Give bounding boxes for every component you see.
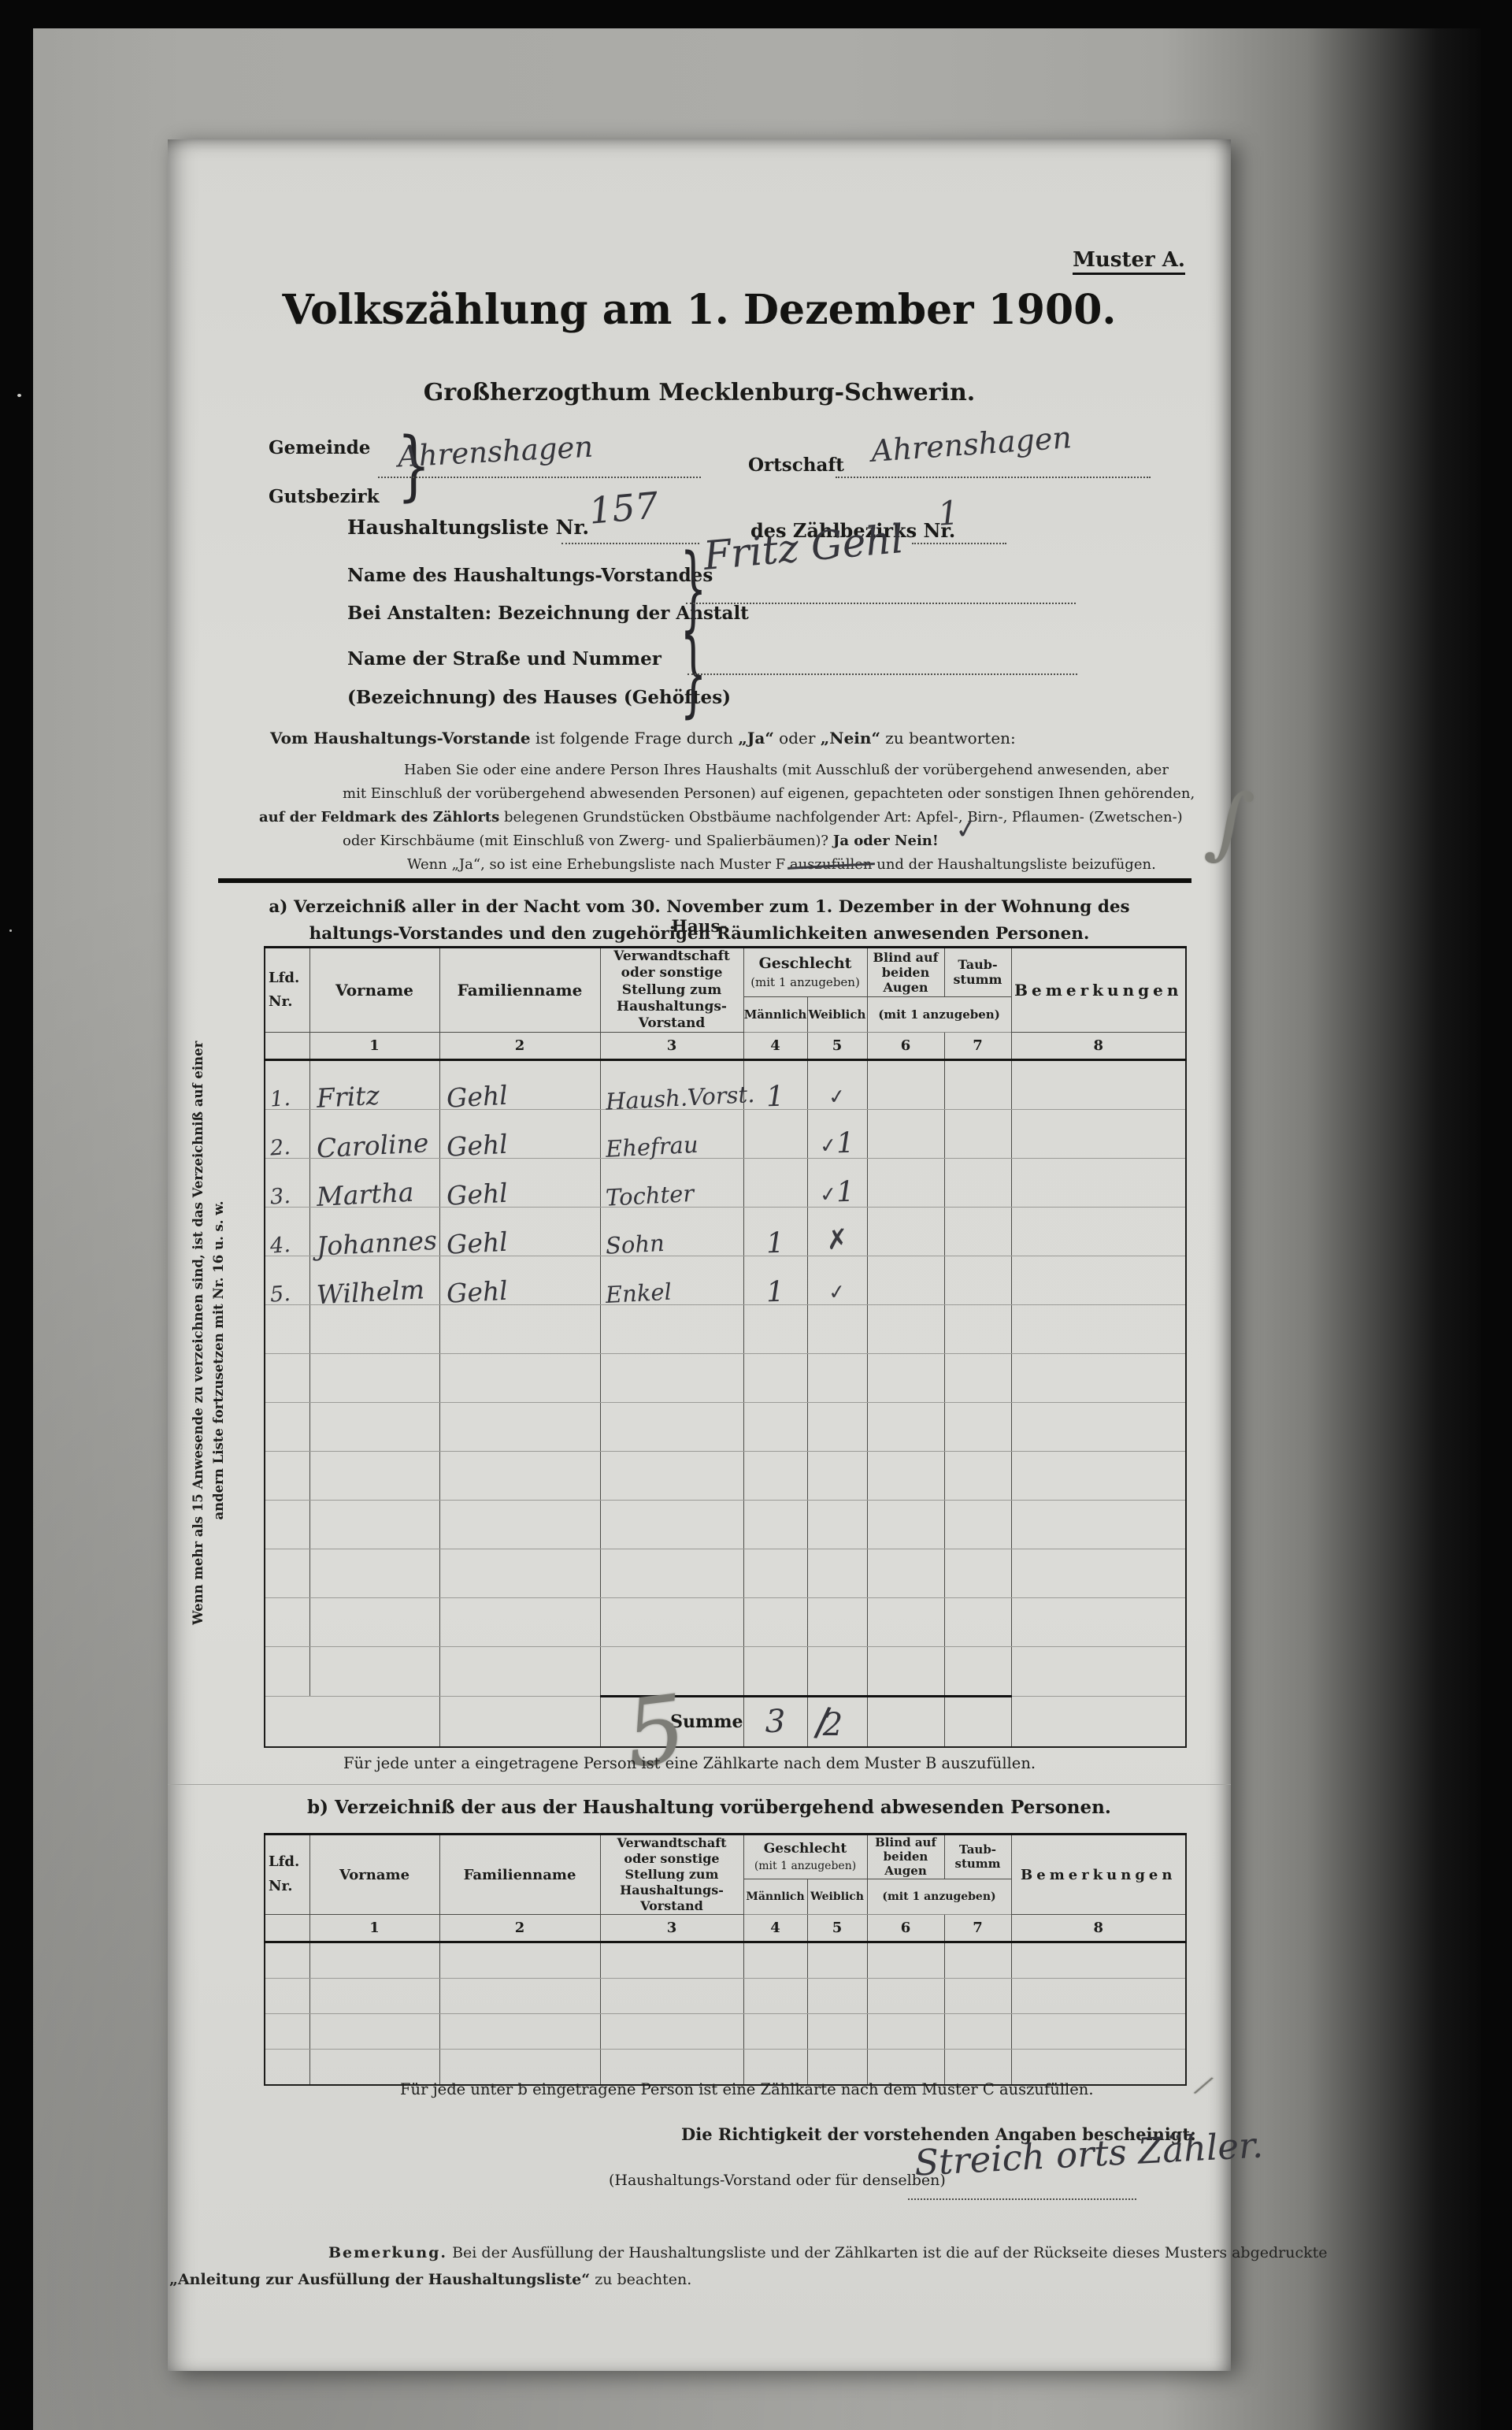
page-subtitle: Großherzogthum Mecklenburg-Schwerin. xyxy=(168,379,1231,406)
table-a-wrapper: Lfd.Nr. Vorname Familienname Verwandtsch… xyxy=(264,946,1187,1748)
col-header-anzugeben: (mit 1 anzugeben) xyxy=(867,1879,1011,1914)
bemerkung-line2: „Anleitung zur Ausfüllung der Haushaltun… xyxy=(169,2271,691,2288)
ortschaft-line xyxy=(836,477,1151,478)
ortschaft-value-handwriting: Ahrenshagen xyxy=(870,425,1072,463)
col-header-lfd-nr: Lfd.Nr. xyxy=(265,1835,309,1915)
question-line6: Wenn „Ja“, so ist eine Erhebungsliste na… xyxy=(407,856,1156,873)
column-number-row: 12 34 56 78 xyxy=(265,1033,1186,1060)
brace: } xyxy=(680,626,707,719)
zaehlbezirk-line xyxy=(912,543,1006,544)
muster-a-stamp: Muster A. xyxy=(1073,248,1185,275)
table-row: 3. Martha Gehl Tochter ✓1 xyxy=(265,1159,1186,1208)
col-header-taubstumm: Taub-stumm xyxy=(944,948,1011,997)
col-header-vorname: Vorname xyxy=(309,948,439,1033)
empty-row xyxy=(265,1501,1186,1549)
haushaltungsliste-line xyxy=(561,543,699,544)
question-line2: Haben Sie oder eine andere Person Ihres … xyxy=(404,762,1169,778)
col-header-lfd-nr: Lfd.Nr. xyxy=(265,948,309,1033)
empty-row xyxy=(265,1942,1186,1979)
signature-line xyxy=(908,2198,1136,2200)
gemeinde-line xyxy=(378,477,701,478)
table-row: 4. Johannes Gehl Sohn 1 ✗ xyxy=(265,1208,1186,1256)
certify-sub-label: (Haushaltungs-Vorstand oder für denselbe… xyxy=(609,2172,946,2189)
page-title: Volkszählung am 1. Dezember 1900. xyxy=(168,286,1231,334)
col-header-taubstumm: Taub-stumm xyxy=(944,1835,1011,1879)
section-divider-rule xyxy=(218,878,1191,883)
vorstand-value-handwriting: Fritz Gehl xyxy=(702,523,905,572)
empty-row xyxy=(265,1979,1186,2014)
section-a-heading-line2: haltungs-Vorstandes und den zugehörigen … xyxy=(239,924,1160,944)
question-line5: oder Kirschbäume (mit Einschluß von Zwer… xyxy=(343,833,939,849)
table-b-wrapper: Lfd.Nr. Vorname Familienname Verwandtsch… xyxy=(264,1833,1187,2086)
zaehlbezirk-value-handwriting: 1 xyxy=(937,499,960,527)
col-header-familienname: Familienname xyxy=(439,1835,600,1915)
col-header-verwandtschaft: Verwandtschaft oder sonstige Stellung zu… xyxy=(600,1835,743,1915)
table-row: 1. Fritz Gehl Haush.Vorst. 1 ✓ xyxy=(265,1060,1186,1110)
struck-word: auszufüllen xyxy=(790,856,873,873)
census-form-page: Muster A. Volkszählung am 1. Dezember 19… xyxy=(168,139,1231,2371)
question-line4: auf der Feldmark des Zählorts belegenen … xyxy=(259,809,1183,825)
col-header-weiblich: Weiblich xyxy=(807,1879,867,1914)
gemeinde-label: Gemeinde xyxy=(269,437,370,458)
col-header-bemerkungen: Bemerkungen xyxy=(1011,948,1186,1033)
table-b-abwesende: Lfd.Nr. Vorname Familienname Verwandtsch… xyxy=(264,1833,1187,2086)
strasse-label: Name der Straße und Nummer xyxy=(347,648,661,670)
pencil-tick: ⁄ xyxy=(1196,2071,1210,2102)
table-a-anwesende: Lfd.Nr. Vorname Familienname Verwandtsch… xyxy=(264,946,1187,1748)
col-header-bemerkungen: Bemerkungen xyxy=(1011,1835,1186,1915)
vorstand-label: Name des Haushaltungs-Vorstandes xyxy=(347,565,713,586)
film-speck xyxy=(9,929,12,932)
table-row: 5. Wilhelm Gehl Enkel 1 ✓ xyxy=(265,1256,1186,1305)
empty-row xyxy=(265,1549,1186,1598)
question-line3: mit Einschluß der vorübergehend abwesend… xyxy=(343,785,1195,802)
haushaltungsliste-value-handwriting: 157 xyxy=(588,491,660,525)
empty-row xyxy=(265,1354,1186,1403)
empty-row xyxy=(265,1598,1186,1647)
col-header-blind: Blind auf beiden Augen xyxy=(867,948,944,997)
gemeinde-value-handwriting: Ahrenshagen xyxy=(397,436,593,469)
col-header-anzugeben: (mit 1 anzugeben) xyxy=(867,996,1011,1033)
summe-row: Summe 3 ∕2 xyxy=(265,1697,1186,1748)
haus-label: (Bezeichnung) des Hauses (Gehöftes) xyxy=(347,687,731,708)
haushaltungsliste-label: Haushaltungsliste Nr. xyxy=(347,516,589,539)
margin-note-rotated: Wenn mehr als 15 Anwesende zu verzeichne… xyxy=(188,1096,234,1625)
separator-line xyxy=(168,1784,1231,1785)
empty-row xyxy=(265,1403,1186,1452)
gutsbezirk-label: Gutsbezirk xyxy=(269,486,380,507)
col-header-geschlecht: Geschlecht(mit 1 anzugeben) xyxy=(743,948,867,997)
col-header-weiblich: Weiblich xyxy=(807,996,867,1033)
col-header-geschlecht: Geschlecht(mit 1 anzugeben) xyxy=(743,1835,867,1879)
column-number-row: 12 34 56 78 xyxy=(265,1915,1186,1942)
answer-check-mark: ✓ xyxy=(953,812,980,847)
bemerkung-line1: Bemerkung. Bei der Ausfüllung der Hausha… xyxy=(328,2244,1328,2261)
haus-line xyxy=(687,673,1077,675)
note-b: Für jede unter b eingetragene Person ist… xyxy=(400,2080,1094,2098)
col-header-blind: Blind auf beiden Augen xyxy=(867,1835,944,1879)
section-b-heading: b) Verzeichniß der aus der Haushaltung v… xyxy=(307,1797,1111,1818)
note-a: Für jede unter a eingetragene Person ist… xyxy=(343,1754,1036,1772)
film-speck xyxy=(17,394,21,397)
col-header-familienname: Familienname xyxy=(439,948,600,1033)
empty-row xyxy=(265,1647,1186,1697)
col-header-maennlich: Männlich xyxy=(743,1879,807,1914)
col-header-verwandtschaft: Verwandtschaft oder sonstige Stellung zu… xyxy=(600,948,743,1033)
col-header-vorname: Vorname xyxy=(309,1835,439,1915)
question-intro: Vom Haushaltungs-Vorstande ist folgende … xyxy=(270,729,1016,748)
empty-row xyxy=(265,2014,1186,2050)
col-header-maennlich: Männlich xyxy=(743,996,807,1033)
table-row: 2. Caroline Gehl Ehefrau ✓1 xyxy=(265,1110,1186,1159)
microfilm-scan: Muster A. Volkszählung am 1. Dezember 19… xyxy=(0,0,1512,2430)
empty-row xyxy=(265,1305,1186,1354)
vorstand-line xyxy=(686,603,1076,604)
empty-row xyxy=(265,1452,1186,1501)
ortschaft-label: Ortschaft xyxy=(748,454,844,476)
